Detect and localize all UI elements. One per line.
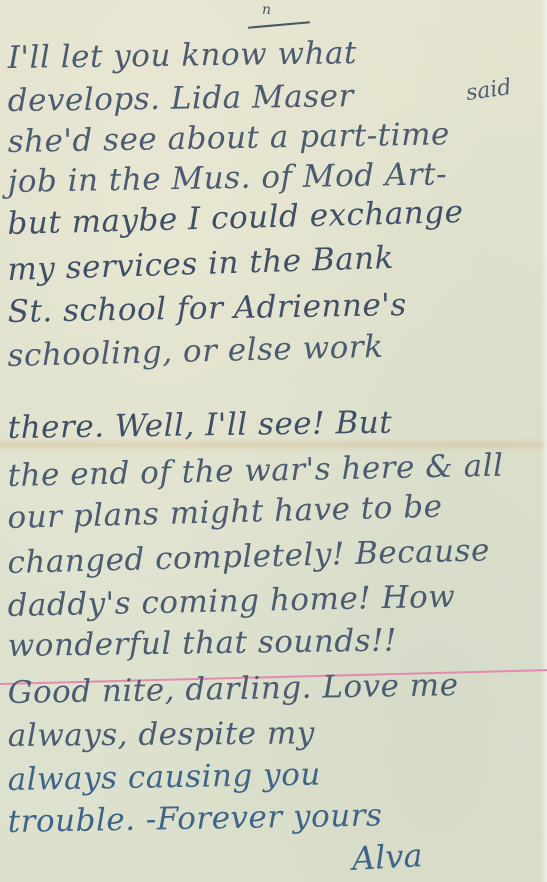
letter-line-11: our plans might have to be <box>7 489 443 536</box>
letter-line-9: there. Well, I'll see! But <box>7 405 392 446</box>
letter-line-1: I'll let you know what <box>7 35 357 76</box>
page-number-mark: n <box>262 2 271 18</box>
letter-line-7: St. school for Adrienne's <box>7 287 407 330</box>
letter-line-17: always causing you <box>7 757 321 798</box>
letter-line-6: my services in the Bank <box>7 240 395 288</box>
letter-line-12: changed completely! Because <box>7 532 490 581</box>
letter-line-13: daddy's coming home! How <box>7 579 455 624</box>
letter-line-2: develops. Lida Maser <box>7 78 354 119</box>
letter-line-15: Good nite, darling. Love me <box>7 667 458 711</box>
letter-line-16: always, despite my <box>8 715 315 754</box>
paper-edge <box>541 0 547 882</box>
interlinear-insert: said <box>464 75 513 106</box>
letter-line-18: trouble. -Forever yours <box>7 797 382 840</box>
letter-line-5: but maybe I could exchange <box>7 194 464 242</box>
letter-line-3: she'd see about a part-time <box>7 116 450 160</box>
page-number-underline <box>248 21 310 28</box>
letter-line-14: wonderful that sounds!! <box>7 623 397 664</box>
letter-page: n said I'll let you know what develops. … <box>0 0 547 882</box>
signature: Alva <box>351 836 423 878</box>
letter-line-8: schooling, or else work <box>7 329 384 374</box>
letter-line-4: job in the Mus. of Mod Art- <box>7 156 447 200</box>
letter-line-10: the end of the war's here & all <box>7 448 504 494</box>
